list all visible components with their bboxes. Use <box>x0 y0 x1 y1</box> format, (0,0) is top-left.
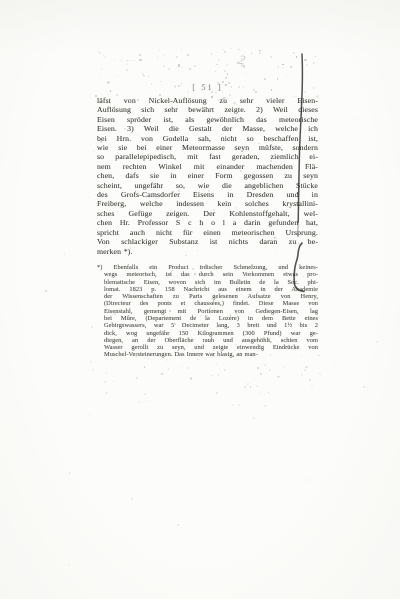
footnote-line: (Directeur des ponts et chaussées,) find… <box>97 300 318 307</box>
footnote-line: Eisenstahl, gemengt mit Portionen von Ge… <box>97 308 318 315</box>
text-block: [ 51 ] läfst von Nickel-Auflösung zu seh… <box>97 82 318 359</box>
footnote-line: diegen, an der Oberfläche rauh und ausge… <box>97 337 318 344</box>
footnote-line: Gebirgswassers, war 5 Decimeter lang, 3 … <box>97 322 318 329</box>
text-line: Freiberg, welche indessen kein solches k… <box>97 199 318 208</box>
text-line: nem rechten Winkel mit einander machende… <box>97 162 318 171</box>
footnote-line: *) Ebenfalls ein Product irdischer Schme… <box>97 264 318 271</box>
footnote-line: blematische Eisen, wovon sich im Bulleti… <box>97 279 318 286</box>
text-line: Von schlackiger Substanz ist nichts dara… <box>97 237 318 246</box>
footnote: *) Ebenfalls ein Product irdischer Schme… <box>97 264 318 359</box>
text-line: so parallelepipedisch, mit fast geraden,… <box>97 152 318 161</box>
footnote-line: dick, wog ungefähr 150 Kilogrammen (300 … <box>97 330 318 337</box>
text-line: Eisen spröder ist, als gewöhnlich das me… <box>97 115 318 124</box>
main-paragraph: läfst von Nickel-Auflösung zu sehr viele… <box>97 96 318 256</box>
text-line: Auflösung sich sehr bewährt zeigte. 2) W… <box>97 105 318 114</box>
footnote-line: Wasser gerollt zu seyn, und zeigte einwe… <box>97 344 318 351</box>
text-line: spricht auch nicht für einen meteorische… <box>97 228 318 237</box>
scanned-book-page: [ 51 ] läfst von Nickel-Auflösung zu seh… <box>0 0 400 599</box>
footnote-line: wegs meteorisch, ist das durch sein Vork… <box>97 271 318 278</box>
text-line: Eisen. 3) Weil die Gestalt der Masse, we… <box>97 124 318 133</box>
text-line: wie sie bei einer Meteormasse seyn müfst… <box>97 143 318 152</box>
footnote-line: Muschel-Versteinerungen. Das Innere war … <box>97 351 318 358</box>
text-line: chen Hr. Professor S c h o l a darin gef… <box>97 218 318 227</box>
text-line: sches Gefüge zeigen. Der Kohlenstoffgeha… <box>97 209 318 218</box>
page-number: [ 51 ] <box>97 82 318 92</box>
footnote-line: lomat. 1823 p. 158 Nachricht aus einem i… <box>97 286 318 293</box>
text-line: bei Hrn. von Godella sah, nicht so besch… <box>97 134 318 143</box>
text-line: scheint, ungefähr so, wie die angebliche… <box>97 181 318 190</box>
text-line: chen, dafs sie in einer Form gegossen zu… <box>97 171 318 180</box>
